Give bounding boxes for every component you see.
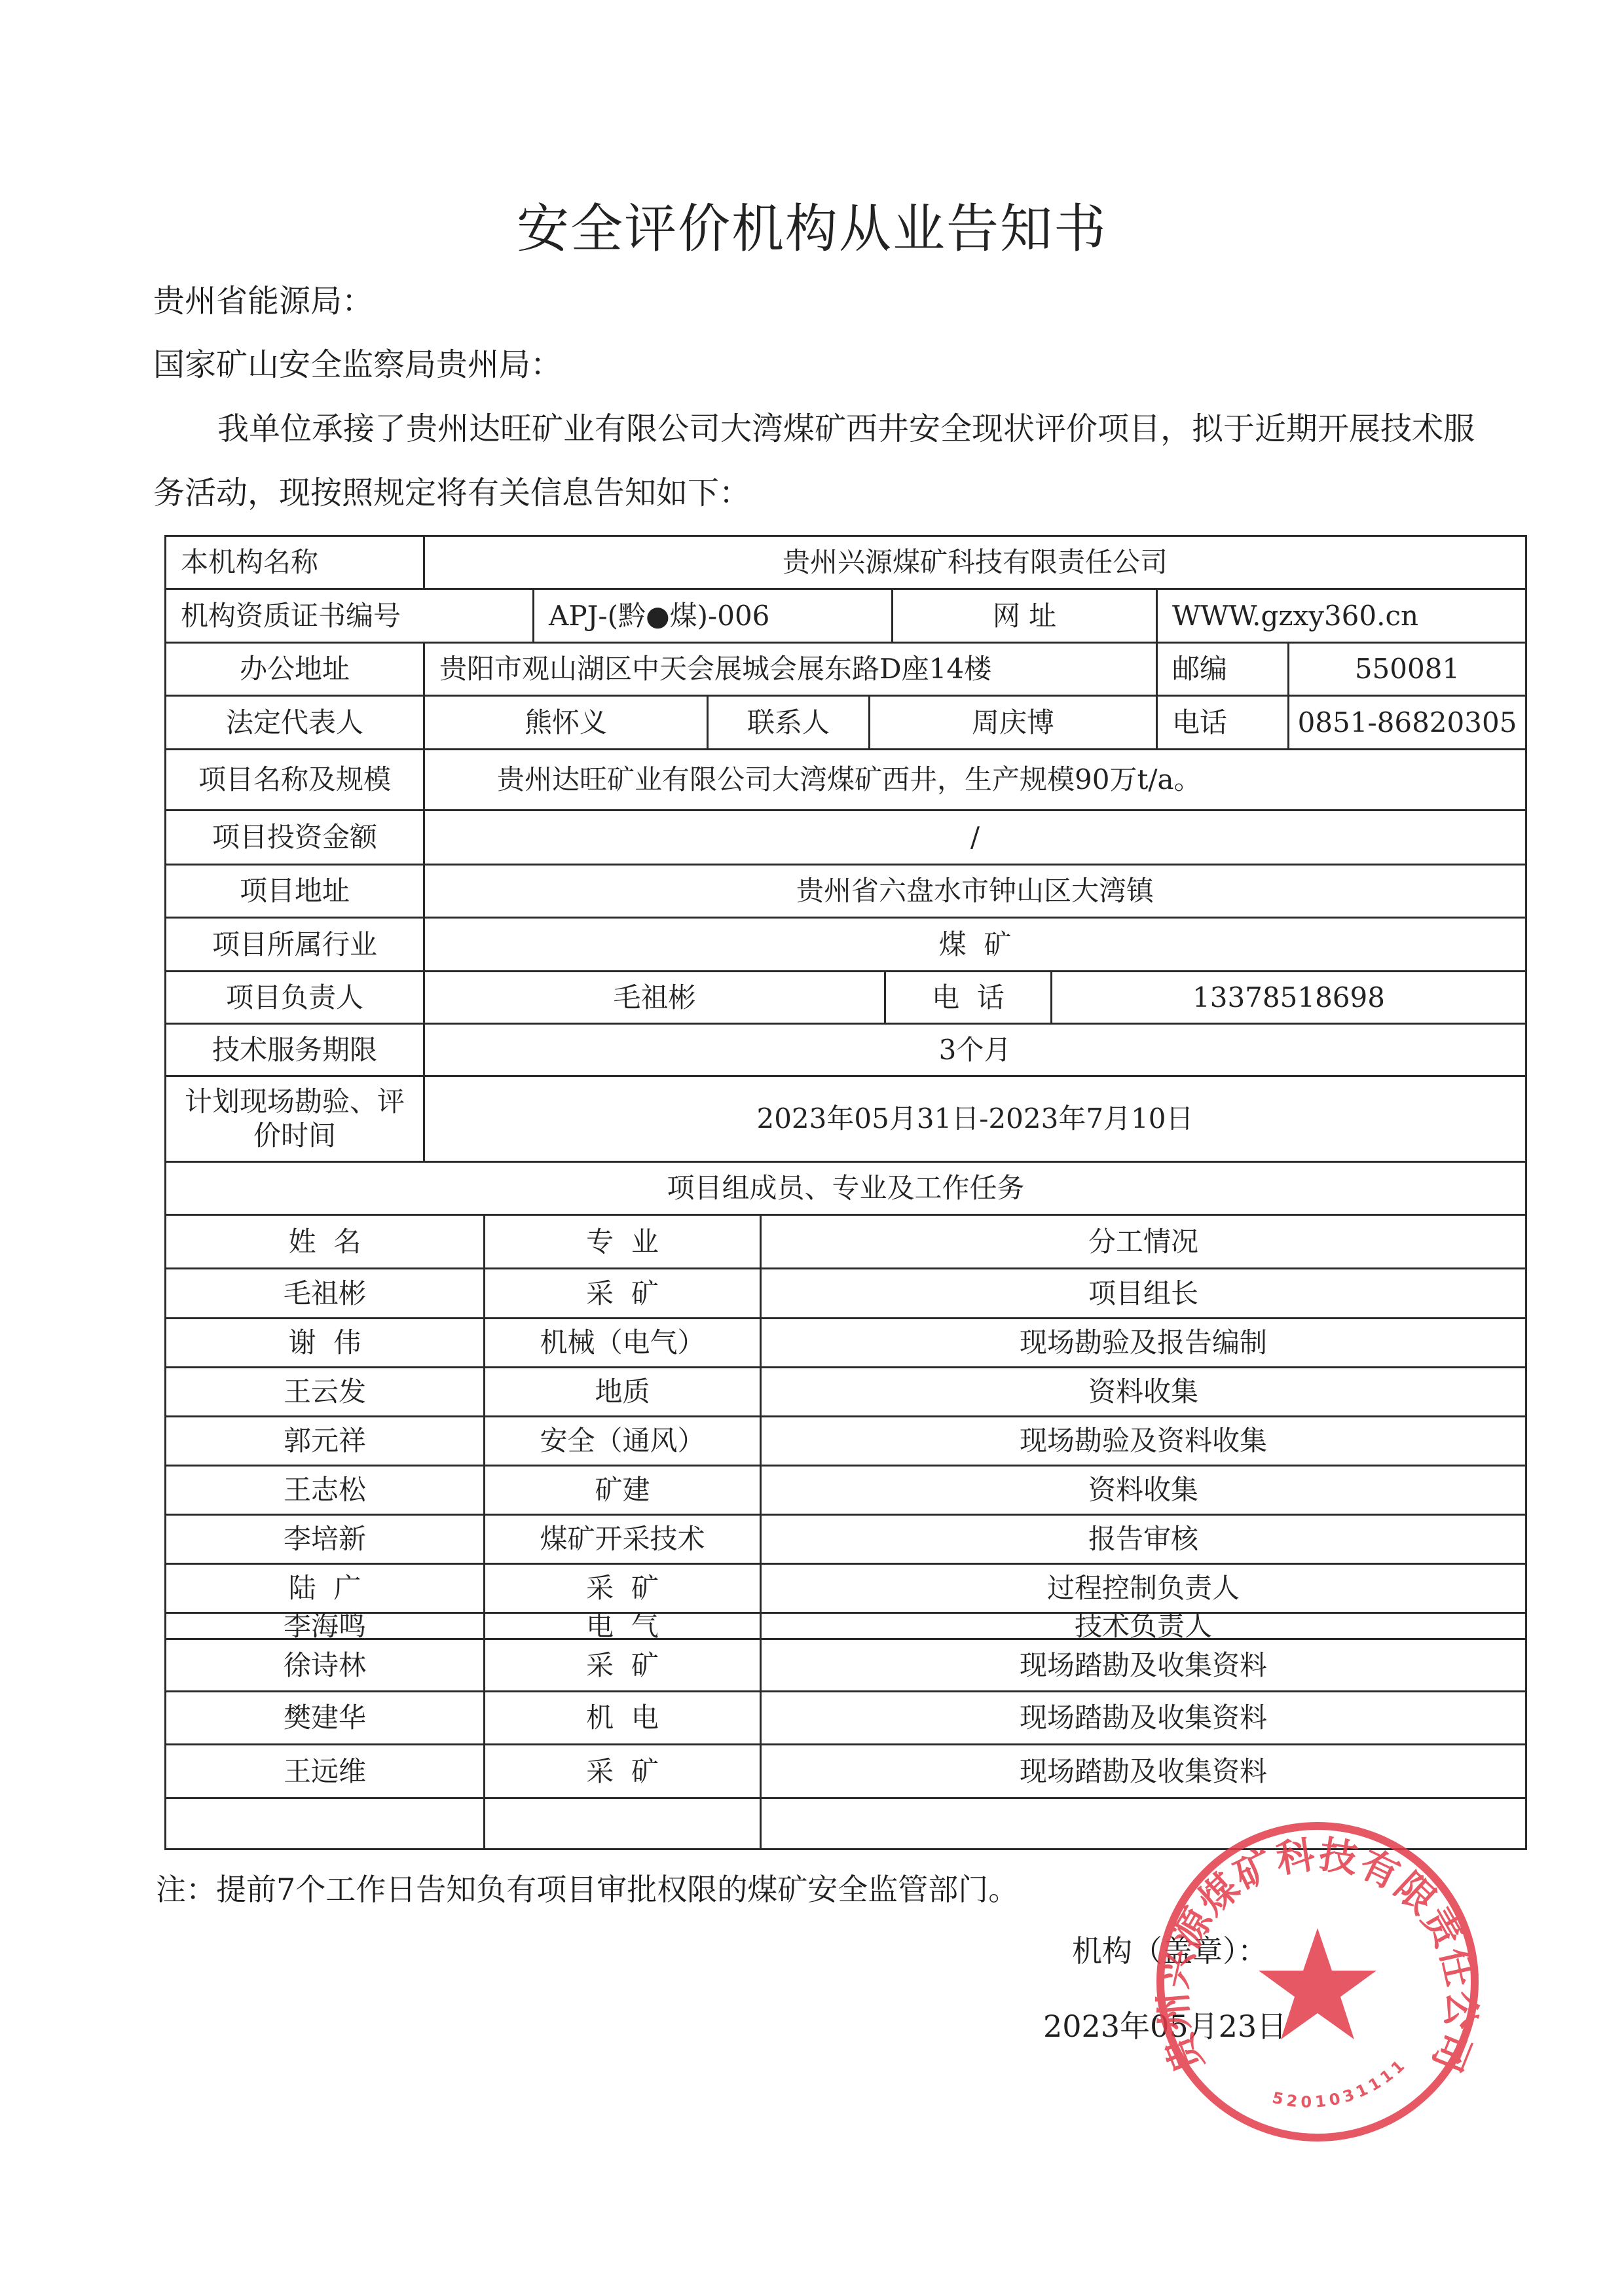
contact-value: 周庆博 [870,697,1156,748]
table-border-right [1525,535,1527,1850]
member-task: 现场踏勘及收集资料 [762,1692,1525,1743]
intro-paragraph-line1: 我单位承接了贵州达旺矿业有限公司大湾煤矿西井安全现状评价项目，拟于近期开展技术服 [217,409,1475,448]
member-major: 采 矿 [485,1745,760,1797]
svg-text:5201031111: 5201031111 [1270,2054,1411,2111]
contact-label: 联系人 [709,697,868,748]
member-major: 煤矿开采技术 [485,1516,760,1563]
service-period-label: 技术服务期限 [166,1025,423,1075]
website-value[interactable]: WWW.gzxy360.cn [1158,590,1525,642]
member-name: 毛祖彬 [166,1269,483,1317]
office-address-label: 办公地址 [166,644,423,695]
lead-phone-value: 13378518698 [1052,972,1525,1023]
cert-number-label: 机构资质证书编号 [166,590,532,642]
member-name: 李海鸣 [166,1614,483,1638]
star-icon [1259,1928,1376,2039]
org-name-value: 贵州兴源煤矿科技有限责任公司 [425,537,1525,588]
investment-value: / [425,811,1525,864]
project-name-value: 贵州达旺矿业有限公司大湾煤矿西井，生产规模90万t/a。 [425,750,1525,809]
members-section-title: 项目组成员、专业及工作任务 [166,1163,1525,1214]
cert-number-value: APJ-(黔●煤)-006 [534,590,891,642]
member-name: 樊建华 [166,1692,483,1743]
member-task: 现场勘验及资料收集 [762,1417,1525,1465]
member-name: 陆 广 [166,1565,483,1612]
member-task: 报告审核 [762,1516,1525,1563]
document-title: 安全评价机构从业告知书 [0,200,1624,259]
schedule-label-line2: 价时间 [253,1119,336,1153]
member-name: 王志松 [166,1467,483,1514]
member-major: 机 电 [485,1692,760,1743]
member-major: 地质 [485,1368,760,1415]
phone-value: 0851-86820305 [1289,697,1525,748]
member-major: 采 矿 [485,1269,760,1317]
footer-note: 注：提前7个工作日告知负有项目审批权限的煤矿安全监管部门。 [156,1870,1018,1909]
org-name-label: 本机构名称 [166,537,423,588]
member-major: 矿建 [485,1467,760,1514]
project-lead-label: 项目负责人 [166,972,423,1023]
schedule-label: 计划现场勘验、评 价时间 [166,1077,423,1161]
legal-rep-value: 熊怀义 [425,697,707,748]
member-major: 采 矿 [485,1565,760,1612]
intro-paragraph-line2: 务活动，现按照规定将有关信息告知如下： [153,473,750,513]
service-period-value: 3个月 [425,1025,1525,1075]
member-major: 安全（通风） [485,1417,760,1465]
member-task: 技术负责人 [762,1614,1525,1638]
company-seal: 贵州兴源煤矿科技有限责任公司 5201031111 [1154,1820,1481,2144]
office-address-value: 贵阳市观山湖区中天会展城会展东路D座14楼 [425,644,1156,695]
member-major: 电 气 [485,1614,760,1638]
member-task: 现场勘验及报告编制 [762,1319,1525,1366]
member-major: 机械（电气） [485,1319,760,1366]
project-name-label: 项目名称及规模 [166,750,423,809]
member-major: 采 矿 [485,1640,760,1690]
member-name: 王云发 [166,1368,483,1415]
addressee-energy-bureau: 贵州省能源局： [153,282,373,321]
row-divider [165,1797,1527,1799]
member-name: 郭元祥 [166,1417,483,1465]
member-name: 李培新 [166,1516,483,1563]
member-task: 资料收集 [762,1368,1525,1415]
phone-label: 电话 [1158,697,1287,748]
member-task: 现场踏勘及收集资料 [762,1640,1525,1690]
member-name: 王远维 [166,1745,483,1797]
project-address-label: 项目地址 [166,866,423,917]
legal-rep-label: 法定代表人 [166,697,423,748]
member-task: 项目组长 [762,1269,1525,1317]
member-task: 资料收集 [762,1467,1525,1514]
investment-label: 项目投资金额 [166,811,423,864]
project-address-value: 贵州省六盘水市钟山区大湾镇 [425,866,1525,917]
industry-value: 煤 矿 [425,919,1525,970]
seal-code: 5201031111 [1270,2054,1411,2111]
postcode-value: 550081 [1289,644,1525,695]
lead-phone-label: 电 话 [886,972,1050,1023]
member-task: 过程控制负责人 [762,1565,1525,1612]
schedule-label-line1: 计划现场勘验、评 [185,1085,405,1119]
member-name: 徐诗林 [166,1640,483,1690]
member-name: 谢 伟 [166,1319,483,1366]
project-lead-value: 毛祖彬 [425,972,884,1023]
schedule-value: 2023年05月31日-2023年7月10日 [425,1077,1525,1161]
members-header-name: 姓 名 [166,1216,483,1267]
postcode-label: 邮编 [1158,644,1287,695]
member-task: 现场踏勘及收集资料 [762,1745,1525,1797]
members-header-major: 专 业 [485,1216,760,1267]
members-header-task: 分工情况 [762,1216,1525,1267]
industry-label: 项目所属行业 [166,919,423,970]
website-label: 网 址 [893,590,1156,642]
addressee-mine-safety-bureau: 国家矿山安全监察局贵州局： [153,345,562,384]
